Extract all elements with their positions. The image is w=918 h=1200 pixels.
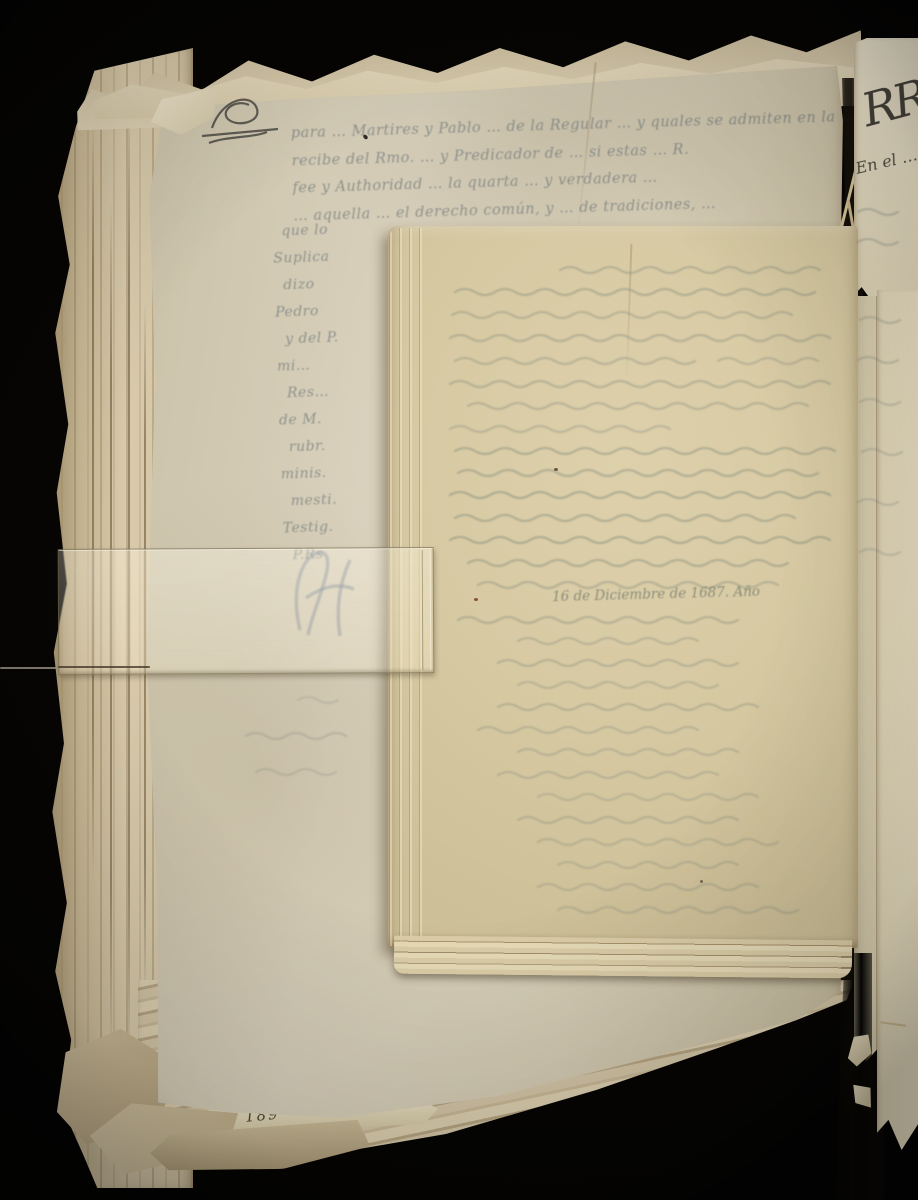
- rr-inscription: RR: [856, 69, 918, 138]
- foxing-spot: [554, 468, 558, 471]
- paper-crack-line: [92, 120, 94, 880]
- right-page-top: RR En el …: [854, 38, 918, 303]
- foxing-spot: [700, 880, 703, 883]
- stray-thread: [58, 666, 150, 668]
- enel-inscription: En el …: [854, 145, 918, 178]
- right-page: RR En el …: [850, 38, 918, 1200]
- header-handwriting: para … Martires y Pablo … de la Regular …: [290, 103, 868, 230]
- foxing-spot: [474, 598, 478, 601]
- manuscript-photograph: 189 para … Martires y Pablo … de la Regu…: [0, 0, 918, 1200]
- glass-weight-strip: [58, 547, 435, 675]
- overlay-sheet-edges-bottom: [394, 936, 852, 979]
- stray-thread: [0, 667, 60, 669]
- right-page-bottom-gap: [852, 953, 872, 1200]
- glass-bevel-edge: [422, 550, 432, 670]
